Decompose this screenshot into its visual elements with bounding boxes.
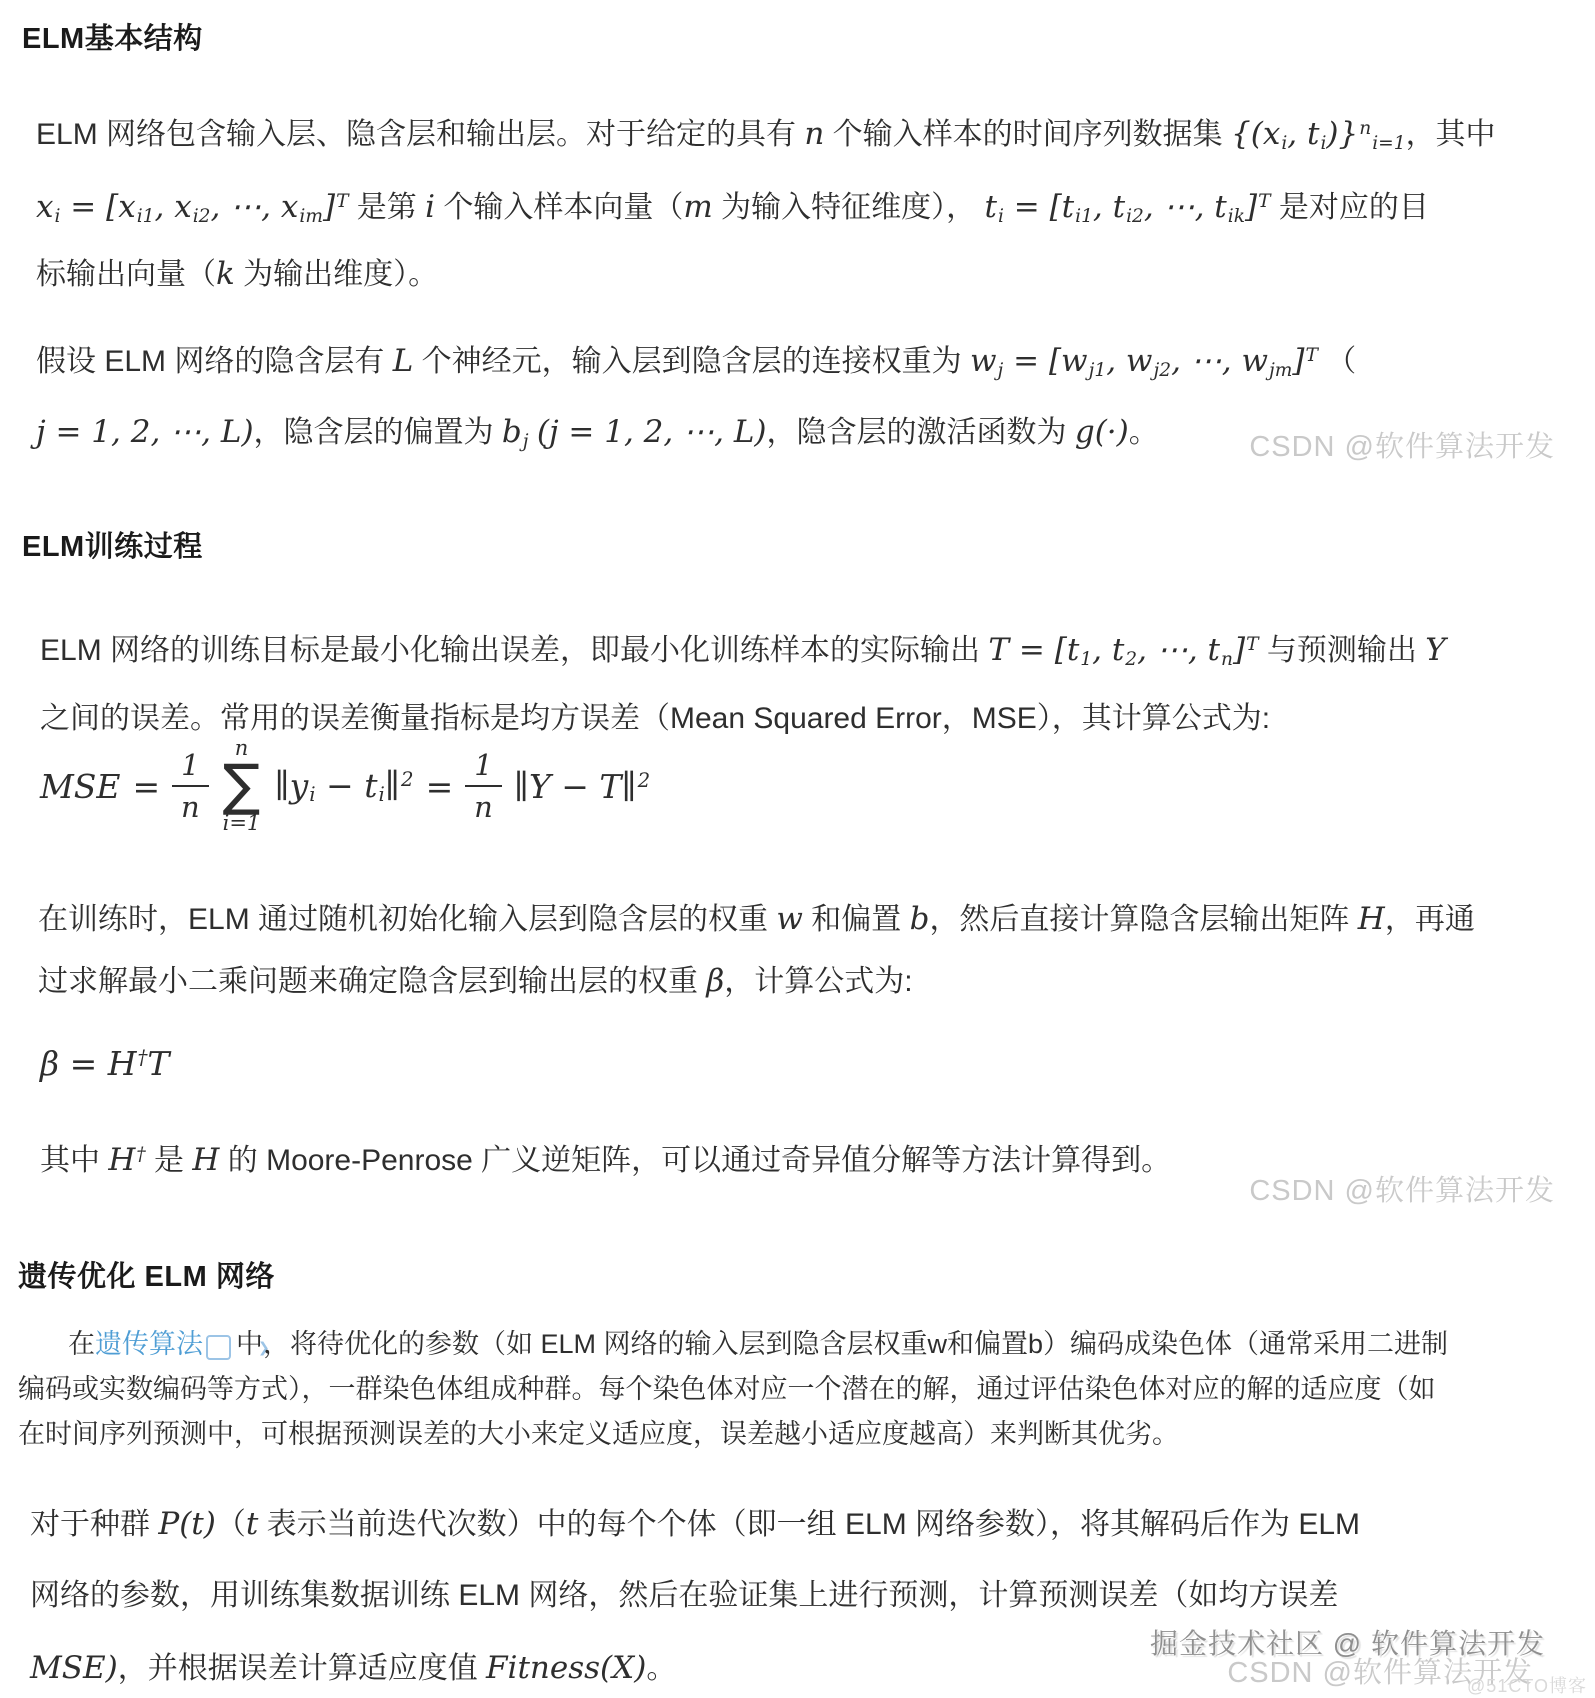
math-expression: H xyxy=(192,1142,219,1178)
watermark-51cto: @51CTO博客 xyxy=(1467,1672,1587,1698)
paragraph-line: ELM 网络的训练目标是最小化输出误差，即最小化训练样本的实际输出 T = [t… xyxy=(40,608,1446,682)
text-run: 假设 ELM 网络的隐含层有 xyxy=(36,345,393,378)
paragraph-line: 过求解最小二乘问题来确定隐含层到输出层的权重 β，计算公式为: xyxy=(38,950,1475,1012)
equals-sign: = xyxy=(133,767,161,806)
paragraph-line: 标输出向量（k 为输出维度）。 xyxy=(36,238,1496,311)
text-run: 过求解最小二乘问题来确定隐含层到输出层的权重 xyxy=(38,965,706,998)
text-run: 编码或实数编码等方式），一群染色体组成种群。每个染色体对应一个潜在的解，通过评估… xyxy=(18,1374,1436,1404)
text-run: ，隐含层的偏置为 xyxy=(254,416,502,449)
paragraph-line: 在训练时，ELM 通过随机初始化输入层到隐含层的权重 w 和偏置 b，然后直接计… xyxy=(38,888,1475,950)
math-expression: w xyxy=(776,901,803,937)
text-run: （ xyxy=(1318,345,1356,378)
text-run: 。 xyxy=(646,1652,676,1685)
text-run: 是第 xyxy=(348,191,425,224)
text-run: 网络的参数，用训练集数据训练 ELM 网络，然后在验证集上进行预测，计算预测误差… xyxy=(30,1579,1338,1612)
text-run: 表示当前迭代次数）中的每个个体（即一组 ELM 网络参数），将其解码后作为 EL… xyxy=(258,1508,1360,1541)
text-run: 和偏置 xyxy=(803,903,910,936)
math-expression: j = 1, 2, ⋯, L) xyxy=(36,414,254,450)
math-expression: wj = [wj1, wj2, ⋯, wjm]T xyxy=(970,343,1318,379)
text-run: 。 xyxy=(1129,416,1159,449)
summation-symbol: n ∑ i=1 xyxy=(223,738,261,833)
math-expression: b xyxy=(910,901,930,937)
paragraph-genetic-algorithm: 在遗传算法❯中，将待优化的参数（如 ELM 网络的输入层到隐含层权重w和偏置b）… xyxy=(18,1322,1448,1457)
math-expression: MSE) xyxy=(30,1650,118,1686)
paragraph-line: xi = [xi1, xi2, ⋯, xim]T 是第 i 个输入样本向量（m … xyxy=(36,165,1496,238)
paragraph-line: 其中 H† 是 H 的 Moore-Penrose 广义逆矩阵，可以通过奇异值分… xyxy=(40,1122,1171,1188)
text-run: ，再通 xyxy=(1385,903,1475,936)
text-run: ，隐含层的激活函数为 xyxy=(767,416,1075,449)
sigma-icon: ∑ xyxy=(223,759,261,812)
paragraph-line: ELM 网络包含输入层、隐含层和输出层。对于给定的具有 n 个输入样本的时间序列… xyxy=(36,92,1496,165)
text-run: 是 xyxy=(146,1144,193,1177)
text-run: 的 Moore-Penrose 广义逆矩阵，可以通过奇异值分解等方法计算得到。 xyxy=(219,1144,1171,1177)
text-run: 是对应的目 xyxy=(1270,191,1428,224)
text-run: 其中 xyxy=(40,1144,108,1177)
math-expression: H xyxy=(1358,901,1385,937)
paragraph-training-detail: 在训练时，ELM 通过随机初始化输入层到隐含层的权重 w 和偏置 b，然后直接计… xyxy=(38,888,1475,1012)
genetic-algorithm-link[interactable]: 遗传算法 xyxy=(95,1329,203,1359)
formula-mse: MSE = 1 n n ∑ i=1 ∥yi − ti∥2 = 1 n ∥Y − … xyxy=(40,730,650,842)
math-expression: i xyxy=(425,189,435,225)
heading-elm-basic-structure: ELM基本结构 xyxy=(22,16,203,57)
summation-lower-limit: i=1 xyxy=(223,813,261,834)
text-run: 中，将待优化的参数（如 ELM 网络的输入层到隐含层权重w和偏置b）编码成染色体… xyxy=(236,1329,1448,1359)
watermark-csdn-1: CSDN @软件算法开发 xyxy=(1249,424,1555,465)
math-expression: H† xyxy=(108,1142,145,1178)
math-expression: L xyxy=(393,343,414,379)
text-run: 标输出向量（ xyxy=(36,258,216,291)
math-expression: g(·) xyxy=(1075,414,1129,450)
text-run: ELM 网络的训练目标是最小化输出误差，即最小化训练样本的实际输出 xyxy=(40,634,988,667)
math-expression: t xyxy=(246,1506,258,1542)
text-run: 对于种群 xyxy=(30,1508,158,1541)
watermark-csdn-2: CSDN @软件算法开发 xyxy=(1249,1168,1555,1209)
document-page: ELM基本结构 ELM 网络包含输入层、隐含层和输出层。对于给定的具有 n 个输… xyxy=(0,0,1595,1698)
heading-elm-training-process: ELM训练过程 xyxy=(22,524,203,565)
paragraph-hidden-layer: 假设 ELM 网络的隐含层有 L 个神经元，输入层到隐含层的连接权重为 wj =… xyxy=(36,318,1356,470)
formula-beta: β = H†T xyxy=(40,1038,169,1088)
math-expression: m xyxy=(683,189,712,225)
formula-lhs: MSE xyxy=(40,767,121,806)
math-expression: β xyxy=(706,963,724,999)
external-link-icon[interactable]: ❯ xyxy=(206,1335,231,1360)
math-expression: k xyxy=(216,256,235,292)
text-run xyxy=(529,416,537,449)
paragraph-line: 在遗传算法❯中，将待优化的参数（如 ELM 网络的输入层到隐含层权重w和偏置b）… xyxy=(18,1322,1448,1367)
text-run: ，然后直接计算隐含层输出矩阵 xyxy=(929,903,1357,936)
math-expression: xi = [xi1, xi2, ⋯, xim]T xyxy=(36,189,348,225)
paragraph-line: 在时间序列预测中，可根据预测误差的大小来定义适应度，误差越小适应度越高）来判断其… xyxy=(18,1412,1448,1457)
paragraph-line: 对于种群 P(t)（t 表示当前迭代次数）中的每个个体（即一组 ELM 网络参数… xyxy=(30,1488,1360,1560)
text-run: 在训练时，ELM 通过随机初始化输入层到隐含层的权重 xyxy=(38,903,776,936)
math-expression: {(xi, ti)}ni=1 xyxy=(1231,116,1406,152)
paragraph-line: j = 1, 2, ⋯, L)，隐含层的偏置为 bj (j = 1, 2, ⋯,… xyxy=(36,394,1356,470)
text-run: 个输入样本的时间序列数据集 xyxy=(824,118,1231,151)
text-run: 在 xyxy=(68,1329,95,1359)
fraction-one-over-n: 1 n xyxy=(465,748,501,824)
text-run: 为输出维度）。 xyxy=(235,258,438,291)
math-expression: (j = 1, 2, ⋯, L) xyxy=(537,414,767,450)
text-run: 个输入样本向量（ xyxy=(435,191,683,224)
text-run: 个神经元，输入层到隐含层的连接权重为 xyxy=(413,345,970,378)
text-run: ，其中 xyxy=(1406,118,1496,151)
paragraph-elm-structure: ELM 网络包含输入层、隐含层和输出层。对于给定的具有 n 个输入样本的时间序列… xyxy=(36,92,1496,311)
paragraph-line: 假设 ELM 网络的隐含层有 L 个神经元，输入层到隐含层的连接权重为 wj =… xyxy=(36,318,1356,394)
equals-sign: = xyxy=(426,767,454,806)
text-run: 在时间序列预测中，可根据预测误差的大小来定义适应度，误差越小适应度越高）来判断其… xyxy=(18,1419,1179,1449)
heading-genetic-optimization: 遗传优化 ELM 网络 xyxy=(18,1254,275,1295)
math-expression: n xyxy=(804,116,824,152)
math-expression: P(t) xyxy=(158,1506,216,1542)
text-run: （ xyxy=(216,1508,246,1541)
formula-term-2: ∥Y − T∥2 xyxy=(514,767,651,806)
math-expression: T = [t1, t2, ⋯, tn]T xyxy=(988,632,1258,668)
text-run: ，并根据误差计算适应度值 xyxy=(118,1652,486,1685)
math-expression: ti = [ti1, ti2, ⋯, tik]T xyxy=(984,189,1270,225)
math-expression: Y xyxy=(1425,632,1445,668)
paragraph-population-fitness: 对于种群 P(t)（t 表示当前迭代次数）中的每个个体（即一组 ELM 网络参数… xyxy=(30,1488,1360,1698)
text-run: 为输入特征维度）， xyxy=(713,191,985,224)
fraction-one-over-n: 1 n xyxy=(172,748,208,824)
formula-beta-expression: β = H†T xyxy=(40,1044,169,1083)
text-run: ，计算公式为: xyxy=(724,965,912,998)
math-expression: Fitness(X) xyxy=(486,1650,646,1686)
paragraph-line: 编码或实数编码等方式），一群染色体组成种群。每个染色体对应一个潜在的解，通过评估… xyxy=(18,1367,1448,1412)
text-run: ELM 网络包含输入层、隐含层和输出层。对于给定的具有 xyxy=(36,118,804,151)
math-expression: bj xyxy=(502,414,529,450)
formula-term-1: ∥yi − ti∥2 xyxy=(274,766,413,807)
paragraph-moore-penrose: 其中 H† 是 H 的 Moore-Penrose 广义逆矩阵，可以通过奇异值分… xyxy=(40,1122,1171,1188)
text-run: 与预测输出 xyxy=(1259,634,1426,667)
